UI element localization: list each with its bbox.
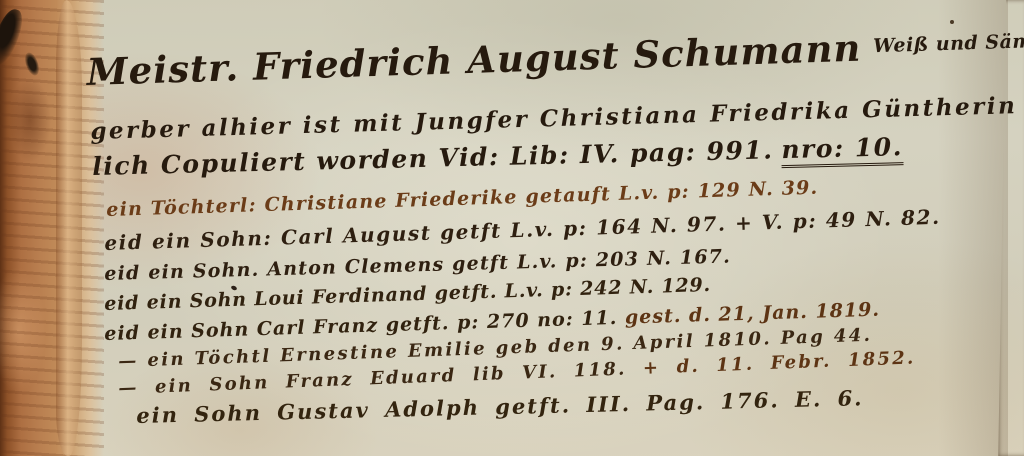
groom-profession: Weiß und Sämi- (873, 30, 1024, 58)
marriage-reference-text: lich Copuliert worden Vid: Lib: IV. pag:… (92, 135, 774, 181)
groom-name: Meistr. Friedrich August Schumann (86, 26, 862, 94)
binding-ridge (56, 0, 82, 456)
manuscript-photo: Meistr. Friedrich August SchumannWeiß un… (0, 0, 1024, 456)
entry-heading-groom-name: Meistr. Friedrich August SchumannWeiß un… (86, 20, 1024, 94)
death-note: gest. d. 21, Jan. 1819. (617, 299, 880, 329)
page-curl-shadow (938, 0, 1008, 456)
marriage-entry-number: nro: 10. (781, 132, 903, 168)
